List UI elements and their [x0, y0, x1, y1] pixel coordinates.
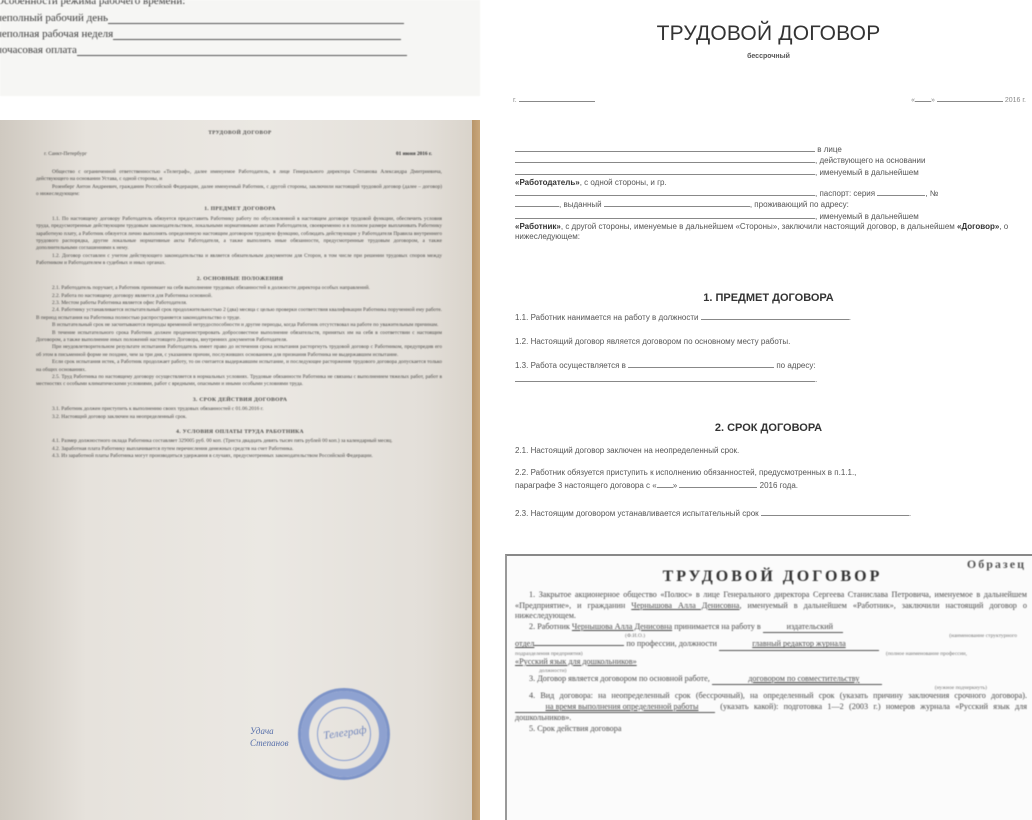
template-title: ТРУДОВОЙ ДОГОВОР: [505, 22, 1032, 46]
contract-paragraph: 2.5. Труд Работника по настоящему догово…: [8, 374, 472, 389]
schedule-line-part-time-week: неполная рабочая неделя: [0, 28, 401, 40]
day-blank: [915, 94, 931, 102]
sample-contract: Образец ТРУДОВОЙ ДОГОВОР 1. Закрытое акц…: [505, 554, 1032, 820]
template-subtitle: бессрочный: [505, 53, 1032, 60]
template-place-field: г.: [513, 94, 595, 104]
contract-paragraph: В испытательный срок не засчитываются пе…: [8, 322, 472, 329]
sample-clause-3: 3. Договор является договором по основно…: [515, 674, 1027, 686]
clause-1-1: 1.1. Работник нанимается на работу в дол…: [515, 311, 1025, 325]
workplace-blank: [628, 360, 774, 368]
contract-section-heading: 4. УСЛОВИЯ ОПЛАТЫ ТРУДА РАБОТНИКА: [8, 429, 472, 436]
contract-city: г. Санкт-Петербург: [44, 151, 87, 158]
contract-section-heading: 2. ОСНОВНЫЕ ПОЛОЖЕНИЯ: [8, 276, 472, 283]
clause-1-2: 1.2. Настоящий договор является договоро…: [515, 335, 1025, 349]
photographed-contract: ТРУДОВОЙ ДОГОВОР г. Санкт-Петербург 01 и…: [0, 120, 480, 820]
passport-number-blank: [515, 199, 559, 207]
workplace-address-line: .: [515, 373, 1025, 387]
probation-blank: [761, 508, 909, 516]
issued-by-blank: [604, 199, 750, 207]
sample-clause-2: 2. Работник Чернышова Алла Денисовна при…: [515, 622, 1027, 634]
contract-intro-employee: Розенберг Антон Андреевич, гражданин Рос…: [8, 184, 472, 199]
work-address-blank: [515, 374, 815, 382]
contract-paragraph: Если срок испытания истек, а Работник пр…: [8, 359, 472, 374]
sample-clause-2-dept: отдел по профессии, должности главный ре…: [515, 639, 1027, 651]
contract-paragraph: 2.2. Работа по настоящему договору являе…: [8, 293, 472, 300]
contract-intro-employer: Общество с ограниченной ответственностью…: [8, 169, 472, 184]
contract-date: 01 июня 2016 г.: [396, 151, 432, 158]
contract-paragraph: 1.1. По настоящему договору Работодатель…: [8, 216, 472, 253]
passport-series-blank: [877, 188, 925, 196]
sample-clause-5: 5. Срок действия договора: [515, 724, 1027, 735]
contract-template: ТРУДОВОЙ ДОГОВОР бессрочный г. «» 2016 г…: [505, 0, 1032, 540]
sample-clause-1: 1. Закрытое акционерное общество «Полюс»…: [515, 590, 1027, 622]
clause-2-2: 2.2. Работник обязуется приступить к исп…: [515, 466, 1025, 492]
clause-1-3: 1.3. Работа осуществляется в по адресу:: [515, 359, 1025, 373]
section-1-heading: 1. ПРЕДМЕТ ДОГОВОРА: [505, 292, 1032, 304]
schedule-heading: Особенности режима рабочего времени:: [0, 0, 185, 7]
clause-2-3: 2.3. Настоящим договором устанавливается…: [515, 507, 1025, 521]
start-month-blank: [679, 480, 757, 488]
employer-blank: [515, 144, 815, 152]
company-seal-stamp: Телеграф: [298, 688, 390, 780]
schedule-line-part-time-day: неполный рабочий день: [0, 12, 404, 24]
sample-body: 1. Закрытое акционерное общество «Полюс»…: [515, 590, 1027, 735]
scan-fragment-work-schedule: Особенности режима рабочего времени: неп…: [0, 0, 480, 96]
sample-title: ТРУДОВОЙ ДОГОВОР: [515, 568, 1030, 586]
contract-page: ТРУДОВОЙ ДОГОВОР г. Санкт-Петербург 01 и…: [8, 126, 472, 820]
contract-paragraph: В течение испытательного срока Работник …: [8, 330, 472, 345]
contract-section-heading: 3. СРОК ДЕЙСТВИЯ ДОГОВОРА: [8, 397, 472, 404]
schedule-line-hourly-pay: почасовая оплата: [0, 44, 407, 56]
contract-paragraph: 3.2. Настоящий договор заключен на неопр…: [8, 414, 472, 421]
desk-edge: [472, 120, 480, 820]
contract-paragraph: При неудовлетворительном результате испы…: [8, 344, 472, 359]
contract-sections: 1. ПРЕДМЕТ ДОГОВОРА1.1. По настоящему до…: [8, 206, 472, 460]
contract-section-heading: 1. ПРЕДМЕТ ДОГОВОРА: [8, 206, 472, 213]
month-blank: [937, 94, 1003, 102]
contract-paragraph: 4.3. Из заработной платы Работника могут…: [8, 453, 472, 460]
sample-clause-4: 4. Вид договора: на неопределенный срок …: [515, 691, 1027, 724]
signature-director: Степанов: [250, 738, 289, 748]
contract-paragraph: 3.1. Работник должен приступить к выполн…: [8, 406, 472, 413]
contract-paragraph: 2.1. Работодатель поручает, а Работник п…: [8, 285, 472, 292]
place-blank: [519, 94, 595, 102]
employee-name-blank: [515, 188, 815, 196]
signature-employee: Удача: [250, 726, 274, 736]
clause-2-1: 2.1. Настоящий договор заключен на неопр…: [515, 444, 1025, 458]
address-blank: [515, 211, 815, 219]
contract-title: ТРУДОВОЙ ДОГОВОР: [8, 130, 472, 137]
section-2-heading: 2. СРОК ДОГОВОРА: [505, 422, 1032, 434]
contract-paragraph: 4.1. Размер должностного оклада Работник…: [8, 438, 472, 445]
template-preamble: в лице , действующего на основании , име…: [515, 144, 1025, 243]
sample-magazine-name: «Русский язык для дошкольников»: [515, 657, 1027, 668]
contract-paragraph: 2.4. Работнику устанавливается испытател…: [8, 307, 472, 322]
template-date-field: «» 2016 г.: [911, 94, 1026, 104]
position-blank: [701, 312, 849, 320]
start-day-blank: [657, 480, 673, 488]
contract-paragraph: 1.2. Договор составлен с учетом действую…: [8, 253, 472, 268]
contract-meta: г. Санкт-Петербург 01 июня 2016 г.: [8, 151, 472, 158]
